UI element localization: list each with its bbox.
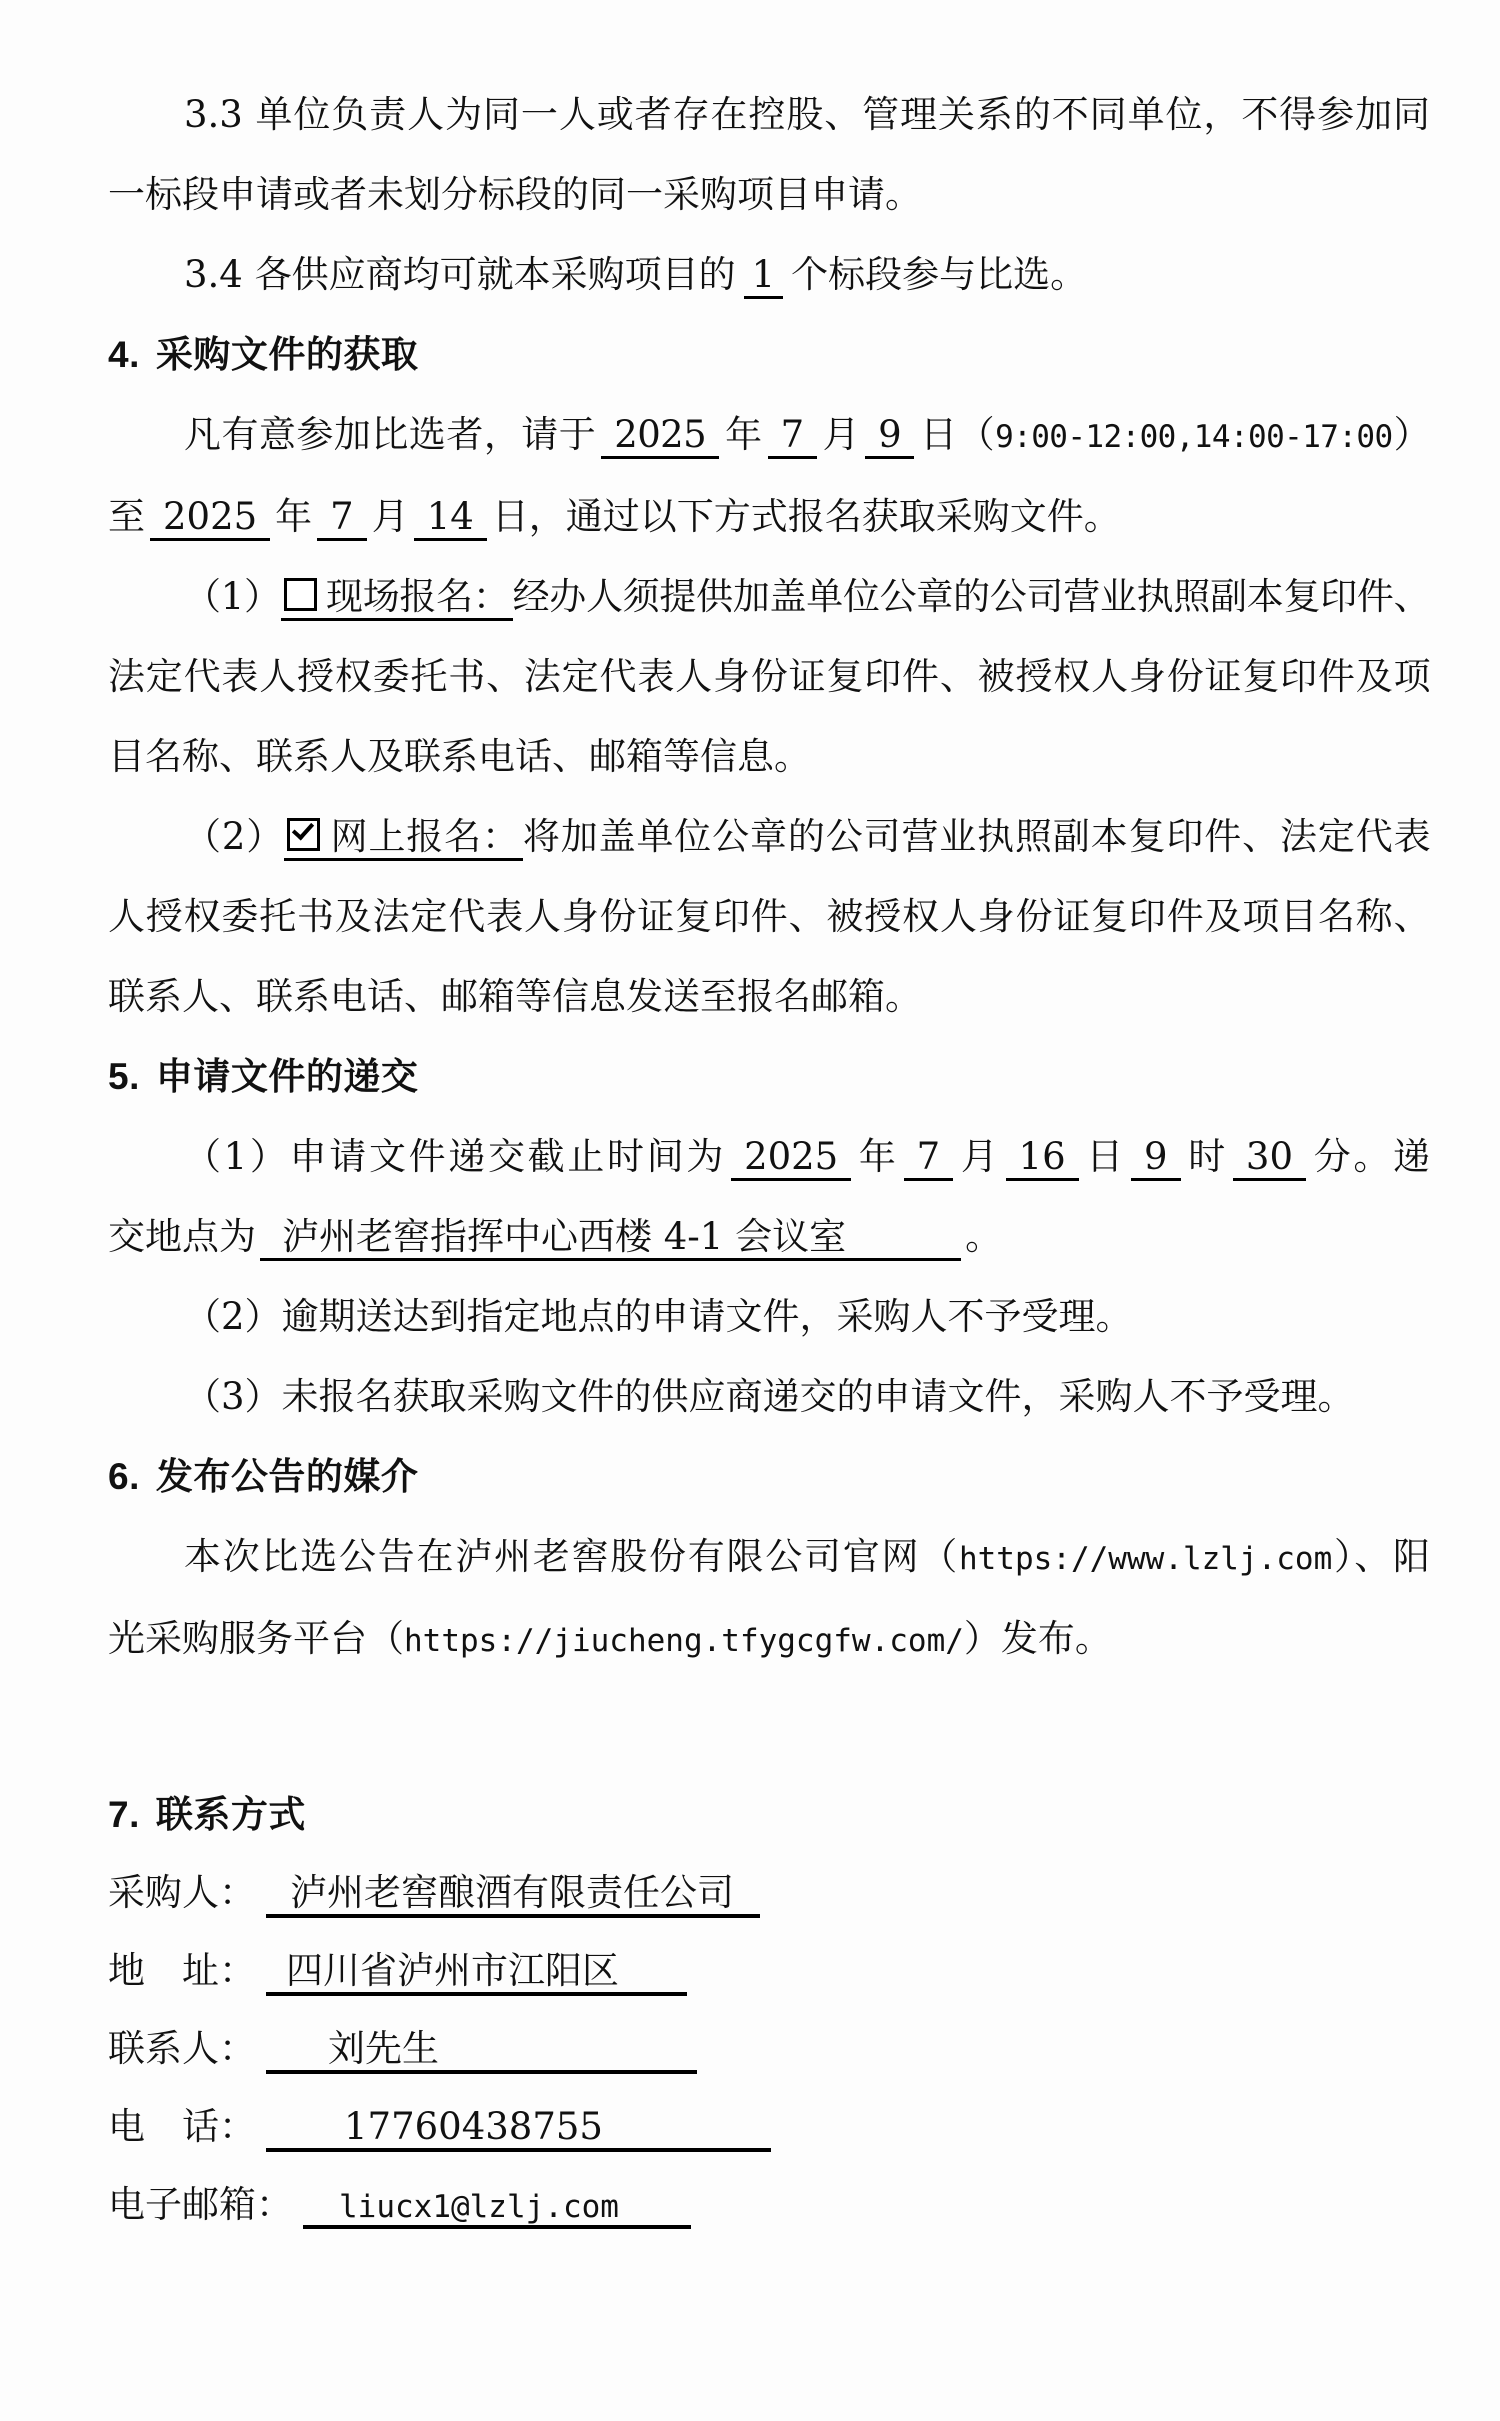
section-4-title: 采购文件的获取	[156, 334, 419, 375]
online-signup-text2: 人授权委托书及法定代表人身份证复印件、被授权人身份证复印件及项目名称、	[108, 895, 1430, 938]
phone-label: 电 话：	[108, 2105, 256, 2148]
contact-section: 7.联系方式 采购人：泸州老窖酿酒有限责任公司 地 址：四川省泸州市江阳区 联系…	[108, 1776, 1430, 2246]
submission-deadline-line2: 交地点为泸州老窖指挥中心西楼 4-1 会议室。	[108, 1197, 1430, 1277]
section-6-heading: 6.发布公告的媒介	[108, 1437, 1430, 1517]
deadline-minute-field: 30	[1233, 1135, 1306, 1181]
media-post1: ）、阳	[1332, 1535, 1430, 1578]
clause-3-3-line2: 一标段申请或者未划分标段的同一采购项目申请。	[108, 155, 1430, 235]
obtain-time-range: 9:00-12:00,14:00-17:00	[995, 419, 1392, 455]
year-unit: 年	[856, 1135, 898, 1178]
deadline-day-field: 16	[1006, 1135, 1079, 1181]
obtain-intro-line2: 至2025年7月14日，通过以下方式报名获取采购文件。	[108, 477, 1430, 557]
phone-field: 17760438755	[266, 2105, 771, 2152]
intro-pre: 凡有意参加比选者，请于	[184, 413, 596, 456]
obtain-start-year-field: 2025	[601, 413, 719, 459]
venue-field: 泸州老窖指挥中心西楼 4-1 会议室	[260, 1215, 961, 1261]
submission-rule-2-text: （2）逾期送达到指定地点的申请文件，采购人不予受理。	[184, 1295, 1133, 1338]
day-unit-open-paren: 日（	[919, 413, 995, 456]
buyer-name-field: 泸州老窖酿酒有限责任公司	[266, 1871, 760, 1918]
media-post2: ）发布。	[964, 1617, 1112, 1660]
online-signup-label: 网上报名：	[329, 815, 520, 858]
submission-rule-2: （2）逾期送达到指定地点的申请文件，采购人不予受理。	[108, 1277, 1430, 1357]
section-7-heading: 7.联系方式	[108, 1776, 1430, 1854]
online-signup-text1: 将加盖单位公章的公司营业执照副本复印件、法定代表	[523, 815, 1430, 858]
section-6-number: 6.	[108, 1456, 140, 1497]
obtain-intro-line1: 凡有意参加比选者，请于2025年7月9日（9:00-12:00,14:00-17…	[108, 395, 1430, 477]
contact-person-row: 联系人：刘先生	[108, 2010, 1430, 2088]
deadline-hour-field: 9	[1131, 1135, 1181, 1181]
contact-person-field: 刘先生	[266, 2027, 697, 2074]
checkbox-unchecked-icon	[284, 578, 317, 611]
section-5-heading: 5.申请文件的递交	[108, 1037, 1430, 1117]
online-signup-line1: （2）网上报名：将加盖单位公章的公司营业执照副本复印件、法定代表	[108, 797, 1430, 877]
clause-3-3-text1: 3.3 单位负责人为同一人或者存在控股、管理关系的不同单位，不得参加同	[184, 93, 1430, 136]
obtain-end-day-field: 14	[414, 495, 487, 541]
checkbox-checked-icon	[287, 818, 320, 851]
submission-rule-3: （3）未报名获取采购文件的供应商递交的申请文件，采购人不予受理。	[108, 1357, 1430, 1437]
online-signup-line3: 联系人、联系电话、邮箱等信息发送至报名邮箱。	[108, 957, 1430, 1037]
buyer-row: 采购人：泸州老窖酿酒有限责任公司	[108, 1854, 1430, 1932]
clause-3-4-pre: 3.4 各供应商均可就本采购项目的	[184, 253, 736, 296]
hour-unit: 时	[1186, 1135, 1228, 1178]
year-unit: 年	[724, 413, 763, 456]
to-word: 至	[108, 495, 145, 538]
deadline-month-field: 7	[904, 1135, 954, 1181]
announcement-media-line1: 本次比选公告在泸州老窖股份有限公司官网（https://www.lzlj.com…	[108, 1517, 1430, 1599]
venue-period: 。	[965, 1215, 1002, 1258]
obtain-end-year-field: 2025	[150, 495, 270, 541]
year-unit: 年	[275, 495, 312, 538]
obtain-end-month-field: 7	[317, 495, 367, 541]
submission-deadline-line1: （1）申请文件递交截止时间为2025年7月16日9时30分。递	[108, 1117, 1430, 1197]
clause-3-4-post: 个标段参与比选。	[791, 253, 1087, 296]
online-signup-text3: 联系人、联系电话、邮箱等信息发送至报名邮箱。	[108, 975, 922, 1018]
obtain-start-day-field: 9	[865, 413, 914, 459]
section-4-number: 4.	[108, 334, 140, 375]
month-unit: 月	[822, 413, 861, 456]
onsite-signup-text1: 经办人须提供加盖单位公章的公司营业执照副本复印件、	[513, 575, 1430, 618]
platform-url: https://jiucheng.tfygcgfw.com/	[404, 1623, 964, 1659]
address-label: 地 址：	[108, 1949, 256, 1992]
onsite-signup-text2: 法定代表人授权委托书、法定代表人身份证复印件、被授权人身份证复印件及项	[108, 655, 1430, 698]
deadline-year-field: 2025	[731, 1135, 851, 1181]
lot-count-field: 1	[744, 253, 784, 299]
contact-person-label: 联系人：	[108, 2027, 256, 2070]
announcement-media-line2: 光采购服务平台（https://jiucheng.tfygcgfw.com/）发…	[108, 1599, 1430, 1681]
buyer-label: 采购人：	[108, 1871, 256, 1914]
onsite-signup-text3: 目名称、联系人及联系电话、邮箱等信息。	[108, 735, 811, 778]
address-field: 四川省泸州市江阳区	[266, 1949, 687, 1996]
onsite-signup-line3: 目名称、联系人及联系电话、邮箱等信息。	[108, 717, 1430, 797]
onsite-signup-line1: （1）现场报名：经办人须提供加盖单位公章的公司营业执照副本复印件、	[108, 557, 1430, 637]
section-7-title: 联系方式	[156, 1794, 306, 1835]
phone-row: 电 话：17760438755	[108, 2088, 1430, 2166]
section-5-number: 5.	[108, 1056, 140, 1097]
document-page: 3.3 单位负责人为同一人或者存在控股、管理关系的不同单位，不得参加同 一标段申…	[108, 75, 1430, 2246]
intro-tail: 日，通过以下方式报名获取采购文件。	[492, 495, 1121, 538]
email-field: liucx1@lzlj.com	[303, 2189, 691, 2229]
close-paren: ）	[1393, 413, 1430, 456]
clause-3-3-text2: 一标段申请或者未划分标段的同一采购项目申请。	[108, 173, 922, 216]
clause-3-3-line1: 3.3 单位负责人为同一人或者存在控股、管理关系的不同单位，不得参加同	[108, 75, 1430, 155]
deadline-pre: （1）申请文件递交截止时间为	[184, 1135, 726, 1178]
day-unit: 日	[1084, 1135, 1126, 1178]
onsite-signup-line2: 法定代表人授权委托书、法定代表人身份证复印件、被授权人身份证复印件及项	[108, 637, 1430, 717]
section-4-heading: 4.采购文件的获取	[108, 315, 1430, 395]
venue-pre: 交地点为	[108, 1215, 256, 1258]
submission-rule-3-text: （3）未报名获取采购文件的供应商递交的申请文件，采购人不予受理。	[184, 1375, 1355, 1418]
item2-number: （2）	[184, 815, 284, 858]
email-label: 电子邮箱：	[108, 2183, 293, 2226]
section-6-title: 发布公告的媒介	[156, 1456, 419, 1497]
online-signup-line2: 人授权委托书及法定代表人身份证复印件、被授权人身份证复印件及项目名称、	[108, 877, 1430, 957]
obtain-start-month-field: 7	[768, 413, 817, 459]
email-row: 电子邮箱：liucx1@lzlj.com	[108, 2166, 1430, 2246]
address-row: 地 址：四川省泸州市江阳区	[108, 1932, 1430, 2010]
section-5-title: 申请文件的递交	[156, 1056, 419, 1097]
media-pre: 本次比选公告在泸州老窖股份有限公司官网（	[184, 1535, 959, 1578]
official-site-url: https://www.lzlj.com	[959, 1541, 1332, 1577]
month-unit: 月	[372, 495, 409, 538]
onsite-signup-option: 现场报名：	[281, 575, 513, 621]
item1-number: （1）	[184, 575, 281, 618]
deadline-mid: 分。递	[1311, 1135, 1430, 1178]
month-unit: 月	[958, 1135, 1000, 1178]
onsite-signup-label: 现场报名：	[326, 575, 510, 618]
media-pre2: 光采购服务平台（	[108, 1617, 404, 1660]
section-7-number: 7.	[108, 1794, 140, 1835]
online-signup-option: 网上报名：	[284, 815, 523, 861]
clause-3-4: 3.4 各供应商均可就本采购项目的1个标段参与比选。	[108, 235, 1430, 315]
section-gap	[108, 1681, 1430, 1776]
